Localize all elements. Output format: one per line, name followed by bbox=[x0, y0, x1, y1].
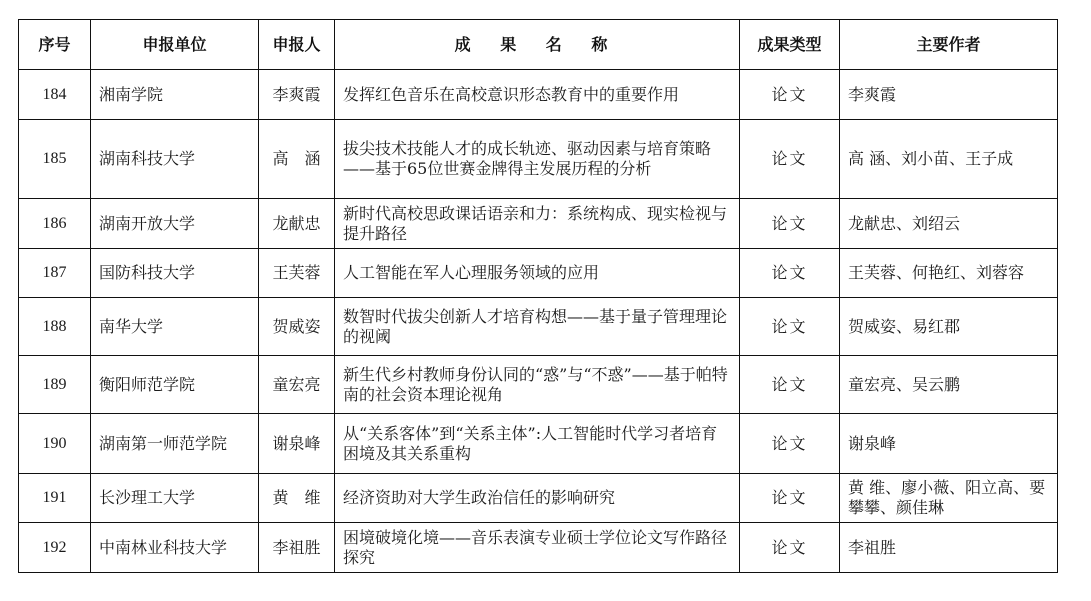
cell-title: 人工智能在军人心理服务领域的应用 bbox=[335, 249, 740, 298]
table-body: 184 湘南学院 李爽霞 发挥红色音乐在高校意识形态教育中的重要作用 论文 李爽… bbox=[19, 70, 1058, 573]
cell-authors: 李祖胜 bbox=[840, 523, 1058, 573]
cell-person: 李爽霞 bbox=[259, 70, 335, 120]
cell-authors: 高 涵、刘小苗、王子成 bbox=[840, 120, 1058, 199]
cell-authors: 王芙蓉、何艳红、刘蓉容 bbox=[840, 249, 1058, 298]
cell-num: 188 bbox=[19, 298, 91, 356]
cell-num: 186 bbox=[19, 199, 91, 249]
header-num: 序号 bbox=[19, 20, 91, 70]
achievements-table: 序号 申报单位 申报人 成 果 名 称 成果类型 主要作者 184 湘南学院 李… bbox=[18, 19, 1058, 573]
header-row: 序号 申报单位 申报人 成 果 名 称 成果类型 主要作者 bbox=[19, 20, 1058, 70]
cell-person: 李祖胜 bbox=[259, 523, 335, 573]
cell-authors: 童宏亮、吴云鹏 bbox=[840, 356, 1058, 414]
cell-unit: 南华大学 bbox=[91, 298, 259, 356]
cell-person: 高 涵 bbox=[259, 120, 335, 199]
cell-type: 论文 bbox=[740, 474, 840, 523]
cell-unit: 湖南科技大学 bbox=[91, 120, 259, 199]
cell-type: 论文 bbox=[740, 523, 840, 573]
cell-num: 187 bbox=[19, 249, 91, 298]
cell-title: 新时代高校思政课话语亲和力：系统构成、现实检视与提升路径 bbox=[335, 199, 740, 249]
table-row: 188 南华大学 贺威姿 数智时代拔尖创新人才培育构想——基于量子管理理论的视阈… bbox=[19, 298, 1058, 356]
header-authors: 主要作者 bbox=[840, 20, 1058, 70]
header-type: 成果类型 bbox=[740, 20, 840, 70]
cell-type: 论文 bbox=[740, 199, 840, 249]
cell-num: 190 bbox=[19, 414, 91, 474]
cell-unit: 衡阳师范学院 bbox=[91, 356, 259, 414]
cell-authors: 谢泉峰 bbox=[840, 414, 1058, 474]
cell-num: 185 bbox=[19, 120, 91, 199]
cell-authors: 黄 维、廖小薇、阳立高、要攀攀、颜佳琳 bbox=[840, 474, 1058, 523]
cell-authors: 龙献忠、刘绍云 bbox=[840, 199, 1058, 249]
cell-unit: 湖南开放大学 bbox=[91, 199, 259, 249]
cell-title: 拔尖技术技能人才的成长轨迹、驱动因素与培育策略——基于65位世赛金牌得主发展历程… bbox=[335, 120, 740, 199]
header-title: 成 果 名 称 bbox=[335, 20, 740, 70]
cell-unit: 湖南第一师范学院 bbox=[91, 414, 259, 474]
cell-title: 从“关系客体”到“关系主体”:人工智能时代学习者培育困境及其关系重构 bbox=[335, 414, 740, 474]
cell-authors: 贺威姿、易红郡 bbox=[840, 298, 1058, 356]
cell-num: 192 bbox=[19, 523, 91, 573]
table-row: 186 湖南开放大学 龙献忠 新时代高校思政课话语亲和力：系统构成、现实检视与提… bbox=[19, 199, 1058, 249]
table-row: 184 湘南学院 李爽霞 发挥红色音乐在高校意识形态教育中的重要作用 论文 李爽… bbox=[19, 70, 1058, 120]
header-unit: 申报单位 bbox=[91, 20, 259, 70]
cell-title: 困境破境化境——音乐表演专业硕士学位论文写作路径探究 bbox=[335, 523, 740, 573]
cell-person: 黄 维 bbox=[259, 474, 335, 523]
cell-person: 王芙蓉 bbox=[259, 249, 335, 298]
cell-num: 191 bbox=[19, 474, 91, 523]
cell-person: 谢泉峰 bbox=[259, 414, 335, 474]
cell-type: 论文 bbox=[740, 249, 840, 298]
cell-unit: 长沙理工大学 bbox=[91, 474, 259, 523]
cell-person: 龙献忠 bbox=[259, 199, 335, 249]
cell-type: 论文 bbox=[740, 120, 840, 199]
cell-num: 189 bbox=[19, 356, 91, 414]
cell-title: 经济资助对大学生政治信任的影响研究 bbox=[335, 474, 740, 523]
table-row: 190 湖南第一师范学院 谢泉峰 从“关系客体”到“关系主体”:人工智能时代学习… bbox=[19, 414, 1058, 474]
header-title-text: 成 果 名 称 bbox=[455, 35, 620, 54]
cell-unit: 湘南学院 bbox=[91, 70, 259, 120]
cell-title: 新生代乡村教师身份认同的“惑”与“不惑”——基于帕特南的社会资本理论视角 bbox=[335, 356, 740, 414]
cell-authors: 李爽霞 bbox=[840, 70, 1058, 120]
cell-title: 数智时代拔尖创新人才培育构想——基于量子管理理论的视阈 bbox=[335, 298, 740, 356]
cell-person: 童宏亮 bbox=[259, 356, 335, 414]
cell-unit: 中南林业科技大学 bbox=[91, 523, 259, 573]
table-row: 187 国防科技大学 王芙蓉 人工智能在军人心理服务领域的应用 论文 王芙蓉、何… bbox=[19, 249, 1058, 298]
cell-type: 论文 bbox=[740, 356, 840, 414]
cell-type: 论文 bbox=[740, 414, 840, 474]
table-row: 189 衡阳师范学院 童宏亮 新生代乡村教师身份认同的“惑”与“不惑”——基于帕… bbox=[19, 356, 1058, 414]
table-header: 序号 申报单位 申报人 成 果 名 称 成果类型 主要作者 bbox=[19, 20, 1058, 70]
cell-type: 论文 bbox=[740, 70, 840, 120]
cell-person: 贺威姿 bbox=[259, 298, 335, 356]
cell-unit: 国防科技大学 bbox=[91, 249, 259, 298]
cell-title: 发挥红色音乐在高校意识形态教育中的重要作用 bbox=[335, 70, 740, 120]
header-person: 申报人 bbox=[259, 20, 335, 70]
cell-num: 184 bbox=[19, 70, 91, 120]
table-row: 192 中南林业科技大学 李祖胜 困境破境化境——音乐表演专业硕士学位论文写作路… bbox=[19, 523, 1058, 573]
table-row: 191 长沙理工大学 黄 维 经济资助对大学生政治信任的影响研究 论文 黄 维、… bbox=[19, 474, 1058, 523]
cell-type: 论文 bbox=[740, 298, 840, 356]
table-row: 185 湖南科技大学 高 涵 拔尖技术技能人才的成长轨迹、驱动因素与培育策略——… bbox=[19, 120, 1058, 199]
